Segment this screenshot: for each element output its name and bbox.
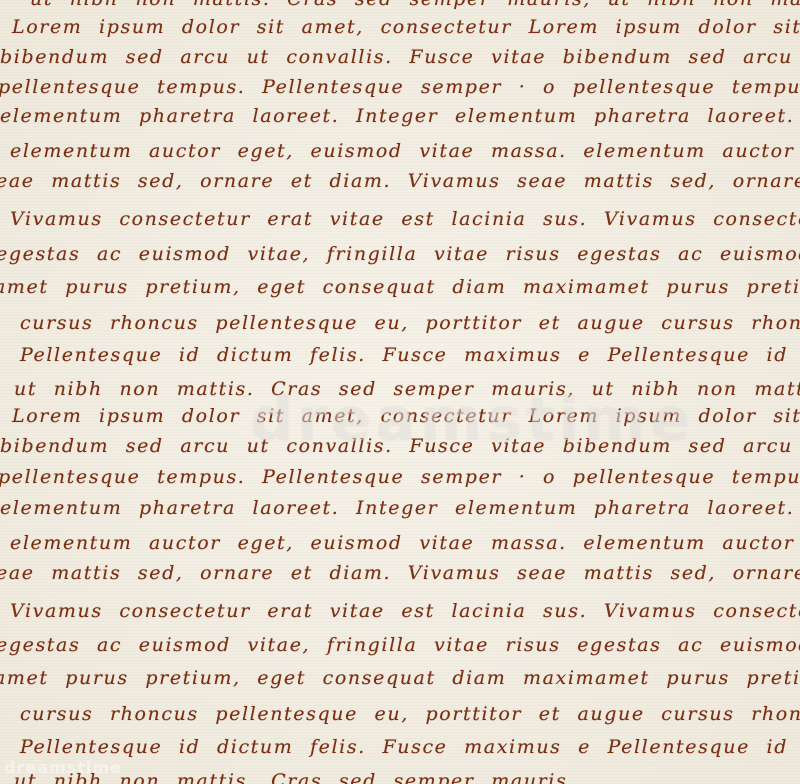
text-line: cursus rhoncus pellentesque eu, porttito… bbox=[20, 312, 800, 334]
text-line: pellentesque tempus. Pellentesque semper… bbox=[0, 466, 800, 488]
text-line: bibendum sed arcu ut convallis. Fusce vi… bbox=[0, 46, 800, 68]
text-line: eae mattis sed, ornare et diam. Vivamus … bbox=[0, 562, 800, 584]
text-line: elementum auctor eget, euismod vitae mas… bbox=[10, 140, 800, 162]
text-line: eae mattis sed, ornare et diam. Vivamus … bbox=[0, 170, 800, 192]
text-line: egestas ac euismod vitae, fringilla vita… bbox=[0, 243, 800, 265]
corner-watermark: dreamstime bbox=[4, 758, 122, 777]
text-line: amet purus pretium, eget consequat diam … bbox=[0, 667, 800, 689]
text-line: elementum pharetra laoreet. Integer elem… bbox=[0, 497, 800, 519]
text-line: pellentesque tempus. Pellentesque semper… bbox=[0, 76, 800, 98]
text-line: elementum auctor eget, euismod vitae mas… bbox=[10, 532, 800, 554]
text-line: amet purus pretium, eget consequat diam … bbox=[0, 276, 800, 298]
handwritten-page: ut nibh non mattis. Cras sed semper maur… bbox=[0, 0, 800, 784]
watermark: dreamstime bbox=[250, 385, 694, 455]
text-line: ut nibh non mattis. Cras sed semper maur… bbox=[30, 0, 800, 10]
text-line: Vivamus consectetur erat vitae est lacin… bbox=[10, 208, 800, 230]
text-line: Vivamus consectetur erat vitae est lacin… bbox=[10, 600, 800, 622]
text-line: cursus rhoncus pellentesque eu, porttito… bbox=[20, 703, 800, 725]
text-line: elementum pharetra laoreet. Integer elem… bbox=[0, 105, 800, 127]
text-line: Lorem ipsum dolor sit amet, consectetur … bbox=[12, 16, 800, 38]
text-line: Pellentesque id dictum felis. Fusce maxi… bbox=[20, 736, 800, 758]
text-line: egestas ac euismod vitae, fringilla vita… bbox=[0, 634, 800, 656]
text-line: Pellentesque id dictum felis. Fusce maxi… bbox=[20, 344, 800, 366]
